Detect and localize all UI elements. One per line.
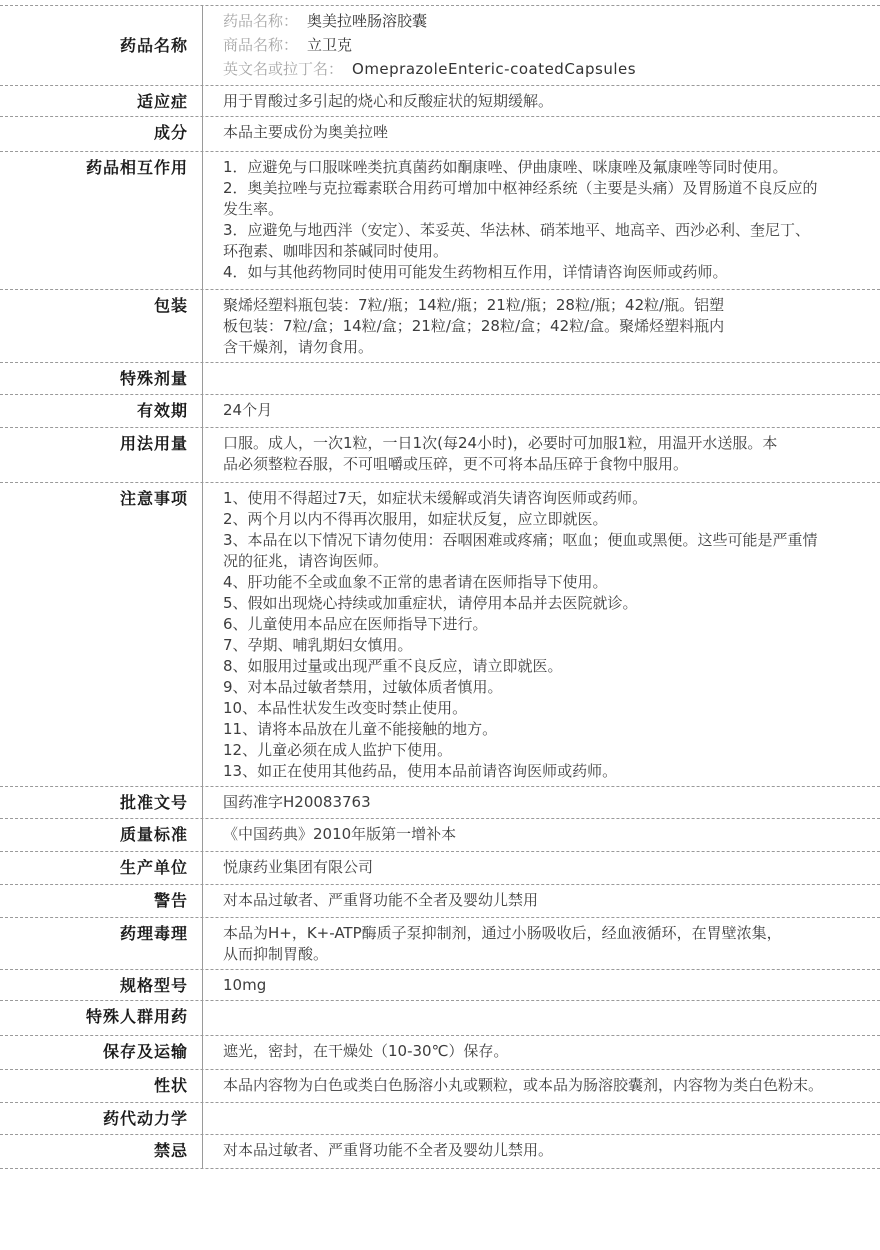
sub-label: 英文名或拉丁名： bbox=[223, 60, 343, 78]
content-line: 3、本品在以下情况下请勿使用：吞咽困难或疼痛；呕血；便血或黑便。这些可能是严重情 bbox=[223, 530, 865, 551]
name-line: 药品名称：奥美拉唑肠溶胶囊 bbox=[223, 9, 865, 33]
table-row-pharmacokinetics: 药代动力学 bbox=[0, 1103, 880, 1135]
content-line: 7、孕期、哺乳期妇女慎用。 bbox=[223, 635, 865, 656]
name-line: 英文名或拉丁名：OmeprazoleEnteric-coatedCapsules bbox=[223, 57, 865, 81]
row-content: 1．应避免与口服咪唑类抗真菌药如酮康唑、伊曲康唑、咪康唑及氟康唑等同时使用。2．… bbox=[203, 152, 880, 289]
content-line: 用于胃酸过多引起的烧心和反酸症状的短期缓解。 bbox=[223, 91, 865, 112]
sub-value: OmeprazoleEnteric-coatedCapsules bbox=[352, 60, 636, 78]
drug-info-table: 药品名称 药品名称：奥美拉唑肠溶胶囊商品名称：立卫克英文名或拉丁名：Omepra… bbox=[0, 5, 880, 1169]
content-line: 《中国药典》2010年版第一增补本 bbox=[223, 824, 865, 845]
row-label: 有效期 bbox=[0, 395, 203, 427]
content-line: 11、请将本品放在儿童不能接触的地方。 bbox=[223, 719, 865, 740]
table-row-approval-number: 批准文号 国药准字H20083763 bbox=[0, 787, 880, 819]
content-line: 品必须整粒吞服，不可咀嚼或压碎，更不可将本品压碎于食物中服用。 bbox=[223, 454, 865, 475]
row-content: 《中国药典》2010年版第一增补本 bbox=[203, 819, 880, 851]
row-content bbox=[203, 1001, 880, 1035]
content-line: 遮光，密封，在干燥处（10-30℃）保存。 bbox=[223, 1041, 865, 1062]
table-row-drug-name: 药品名称 药品名称：奥美拉唑肠溶胶囊商品名称：立卫克英文名或拉丁名：Omepra… bbox=[0, 6, 880, 86]
page: 药品名称 药品名称：奥美拉唑肠溶胶囊商品名称：立卫克英文名或拉丁名：Omepra… bbox=[0, 0, 880, 1250]
content-line: 况的征兆，请咨询医师。 bbox=[223, 551, 865, 572]
table-row-warning: 警告 对本品过敏者、严重肾功能不全者及婴幼儿禁用 bbox=[0, 885, 880, 918]
table-row-specification: 规格型号 10mg bbox=[0, 970, 880, 1001]
sub-label: 商品名称： bbox=[223, 36, 298, 54]
table-row-description: 性状 本品内容物为白色或类白色肠溶小丸或颗粒，或本品为肠溶胶囊剂，内容物为类白色… bbox=[0, 1070, 880, 1103]
table-row-special-population: 特殊人群用药 bbox=[0, 1001, 880, 1036]
row-content: 对本品过敏者、严重肾功能不全者及婴幼儿禁用 bbox=[203, 885, 880, 917]
sub-value: 奥美拉唑肠溶胶囊 bbox=[307, 12, 427, 30]
row-label: 保存及运输 bbox=[0, 1036, 203, 1069]
content-line: 10mg bbox=[223, 975, 865, 996]
row-content: 遮光，密封，在干燥处（10-30℃）保存。 bbox=[203, 1036, 880, 1069]
row-content: 本品主要成份为奥美拉唑 bbox=[203, 117, 880, 151]
content-line: 本品内容物为白色或类白色肠溶小丸或颗粒，或本品为肠溶胶囊剂，内容物为类白色粉末。 bbox=[223, 1075, 865, 1096]
row-content: 10mg bbox=[203, 970, 880, 1000]
content-line: 发生率。 bbox=[223, 199, 865, 220]
table-row-quality-standard: 质量标准 《中国药典》2010年版第一增补本 bbox=[0, 819, 880, 852]
row-content: 药品名称：奥美拉唑肠溶胶囊商品名称：立卫克英文名或拉丁名：OmeprazoleE… bbox=[203, 6, 880, 85]
row-label: 特殊人群用药 bbox=[0, 1001, 203, 1035]
row-content bbox=[203, 1103, 880, 1134]
content-line: 对本品过敏者、严重肾功能不全者及婴幼儿禁用 bbox=[223, 890, 865, 911]
table-row-packaging: 包装 聚烯烃塑料瓶包装：7粒/瓶；14粒/瓶；21粒/瓶；28粒/瓶；42粒/瓶… bbox=[0, 290, 880, 363]
row-content: 24个月 bbox=[203, 395, 880, 427]
content-line: 1．应避免与口服咪唑类抗真菌药如酮康唑、伊曲康唑、咪康唑及氟康唑等同时使用。 bbox=[223, 157, 865, 178]
row-label: 规格型号 bbox=[0, 970, 203, 1000]
row-content: 聚烯烃塑料瓶包装：7粒/瓶；14粒/瓶；21粒/瓶；28粒/瓶；42粒/瓶。铝塑… bbox=[203, 290, 880, 362]
table-row-storage-transport: 保存及运输 遮光，密封，在干燥处（10-30℃）保存。 bbox=[0, 1036, 880, 1070]
content-line: 1、使用不得超过7天，如症状未缓解或消失请咨询医师或药师。 bbox=[223, 488, 865, 509]
row-label: 质量标准 bbox=[0, 819, 203, 851]
row-label: 批准文号 bbox=[0, 787, 203, 818]
table-row-dosage-usage: 用法用量 口服。成人，一次1粒，一日1次(每24小时)，必要时可加服1粒，用温开… bbox=[0, 428, 880, 483]
content-line: 悦康药业集团有限公司 bbox=[223, 857, 865, 878]
table-row-pharmacology-toxicology: 药理毒理 本品为H+，K+-ATP酶质子泵抑制剂，通过小肠吸收后，经血液循环，在… bbox=[0, 918, 880, 970]
content-line: 本品主要成份为奥美拉唑 bbox=[223, 122, 865, 143]
table-row-drug-interactions: 药品相互作用 1．应避免与口服咪唑类抗真菌药如酮康唑、伊曲康唑、咪康唑及氟康唑等… bbox=[0, 152, 880, 290]
row-content: 口服。成人，一次1粒，一日1次(每24小时)，必要时可加服1粒，用温开水送服。本… bbox=[203, 428, 880, 482]
table-row-manufacturer: 生产单位 悦康药业集团有限公司 bbox=[0, 852, 880, 885]
row-label: 性状 bbox=[0, 1070, 203, 1102]
name-line: 商品名称：立卫克 bbox=[223, 33, 865, 57]
row-content: 用于胃酸过多引起的烧心和反酸症状的短期缓解。 bbox=[203, 86, 880, 116]
table-row-shelf-life: 有效期 24个月 bbox=[0, 395, 880, 428]
content-line: 9、对本品过敏者禁用，过敏体质者慎用。 bbox=[223, 677, 865, 698]
row-label: 特殊剂量 bbox=[0, 363, 203, 394]
content-line: 13、如正在使用其他药品，使用本品前请咨询医师或药师。 bbox=[223, 761, 865, 782]
row-label: 适应症 bbox=[0, 86, 203, 116]
content-line: 含干燥剂，请勿食用。 bbox=[223, 337, 865, 358]
content-line: 对本品过敏者、严重肾功能不全者及婴幼儿禁用。 bbox=[223, 1140, 865, 1161]
content-line: 8、如服用过量或出现严重不良反应，请立即就医。 bbox=[223, 656, 865, 677]
content-line: 口服。成人，一次1粒，一日1次(每24小时)，必要时可加服1粒，用温开水送服。本 bbox=[223, 433, 865, 454]
content-line: 环孢素、咖啡因和茶碱同时使用。 bbox=[223, 241, 865, 262]
row-label: 用法用量 bbox=[0, 428, 203, 482]
content-line: 2．奥美拉唑与克拉霉素联合用药可增加中枢神经系统（主要是头痛）及胃肠道不良反应的 bbox=[223, 178, 865, 199]
row-label: 药品相互作用 bbox=[0, 152, 203, 289]
content-line: 聚烯烃塑料瓶包装：7粒/瓶；14粒/瓶；21粒/瓶；28粒/瓶；42粒/瓶。铝塑 bbox=[223, 295, 865, 316]
row-content: 本品为H+，K+-ATP酶质子泵抑制剂，通过小肠吸收后，经血液循环，在胃壁浓集，… bbox=[203, 918, 880, 969]
row-content: 本品内容物为白色或类白色肠溶小丸或颗粒，或本品为肠溶胶囊剂，内容物为类白色粉末。 bbox=[203, 1070, 880, 1102]
content-line: 6、儿童使用本品应在医师指导下进行。 bbox=[223, 614, 865, 635]
row-label: 警告 bbox=[0, 885, 203, 917]
content-line: 本品为H+，K+-ATP酶质子泵抑制剂，通过小肠吸收后，经血液循环，在胃壁浓集， bbox=[223, 923, 865, 944]
content-line: 2、两个月以内不得再次服用，如症状反复，应立即就医。 bbox=[223, 509, 865, 530]
row-label: 生产单位 bbox=[0, 852, 203, 884]
sub-value: 立卫克 bbox=[307, 36, 352, 54]
sub-label: 药品名称： bbox=[223, 12, 298, 30]
row-label: 药代动力学 bbox=[0, 1103, 203, 1134]
table-row-ingredients: 成分 本品主要成份为奥美拉唑 bbox=[0, 117, 880, 152]
table-row-special-dosage: 特殊剂量 bbox=[0, 363, 880, 395]
content-line: 12、儿童必须在成人监护下使用。 bbox=[223, 740, 865, 761]
content-line: 从而抑制胃酸。 bbox=[223, 944, 865, 965]
row-content: 对本品过敏者、严重肾功能不全者及婴幼儿禁用。 bbox=[203, 1135, 880, 1168]
row-label: 注意事项 bbox=[0, 483, 203, 786]
row-label: 包装 bbox=[0, 290, 203, 362]
content-line: 10、本品性状发生改变时禁止使用。 bbox=[223, 698, 865, 719]
content-line: 4、肝功能不全或血象不正常的患者请在医师指导下使用。 bbox=[223, 572, 865, 593]
row-label: 禁忌 bbox=[0, 1135, 203, 1168]
content-line: 5、假如出现烧心持续或加重症状，请停用本品并去医院就诊。 bbox=[223, 593, 865, 614]
content-line: 4．如与其他药物同时使用可能发生药物相互作用，详情请咨询医师或药师。 bbox=[223, 262, 865, 283]
table-row-indications: 适应症 用于胃酸过多引起的烧心和反酸症状的短期缓解。 bbox=[0, 86, 880, 117]
row-label: 药品名称 bbox=[0, 6, 203, 85]
table-row-contraindications: 禁忌 对本品过敏者、严重肾功能不全者及婴幼儿禁用。 bbox=[0, 1135, 880, 1169]
content-line: 板包装：7粒/盒；14粒/盒；21粒/盒；28粒/盒；42粒/盒。聚烯烃塑料瓶内 bbox=[223, 316, 865, 337]
row-content: 国药准字H20083763 bbox=[203, 787, 880, 818]
table-row-precautions: 注意事项 1、使用不得超过7天，如症状未缓解或消失请咨询医师或药师。2、两个月以… bbox=[0, 483, 880, 787]
content-line: 国药准字H20083763 bbox=[223, 792, 865, 813]
content-line: 24个月 bbox=[223, 400, 865, 421]
row-label: 成分 bbox=[0, 117, 203, 151]
content-line: 3．应避免与地西泮（安定）、苯妥英、华法林、硝苯地平、地高辛、西沙必利、奎尼丁、 bbox=[223, 220, 865, 241]
row-content: 1、使用不得超过7天，如症状未缓解或消失请咨询医师或药师。2、两个月以内不得再次… bbox=[203, 483, 880, 786]
row-content: 悦康药业集团有限公司 bbox=[203, 852, 880, 884]
row-label: 药理毒理 bbox=[0, 918, 203, 969]
row-content bbox=[203, 363, 880, 394]
